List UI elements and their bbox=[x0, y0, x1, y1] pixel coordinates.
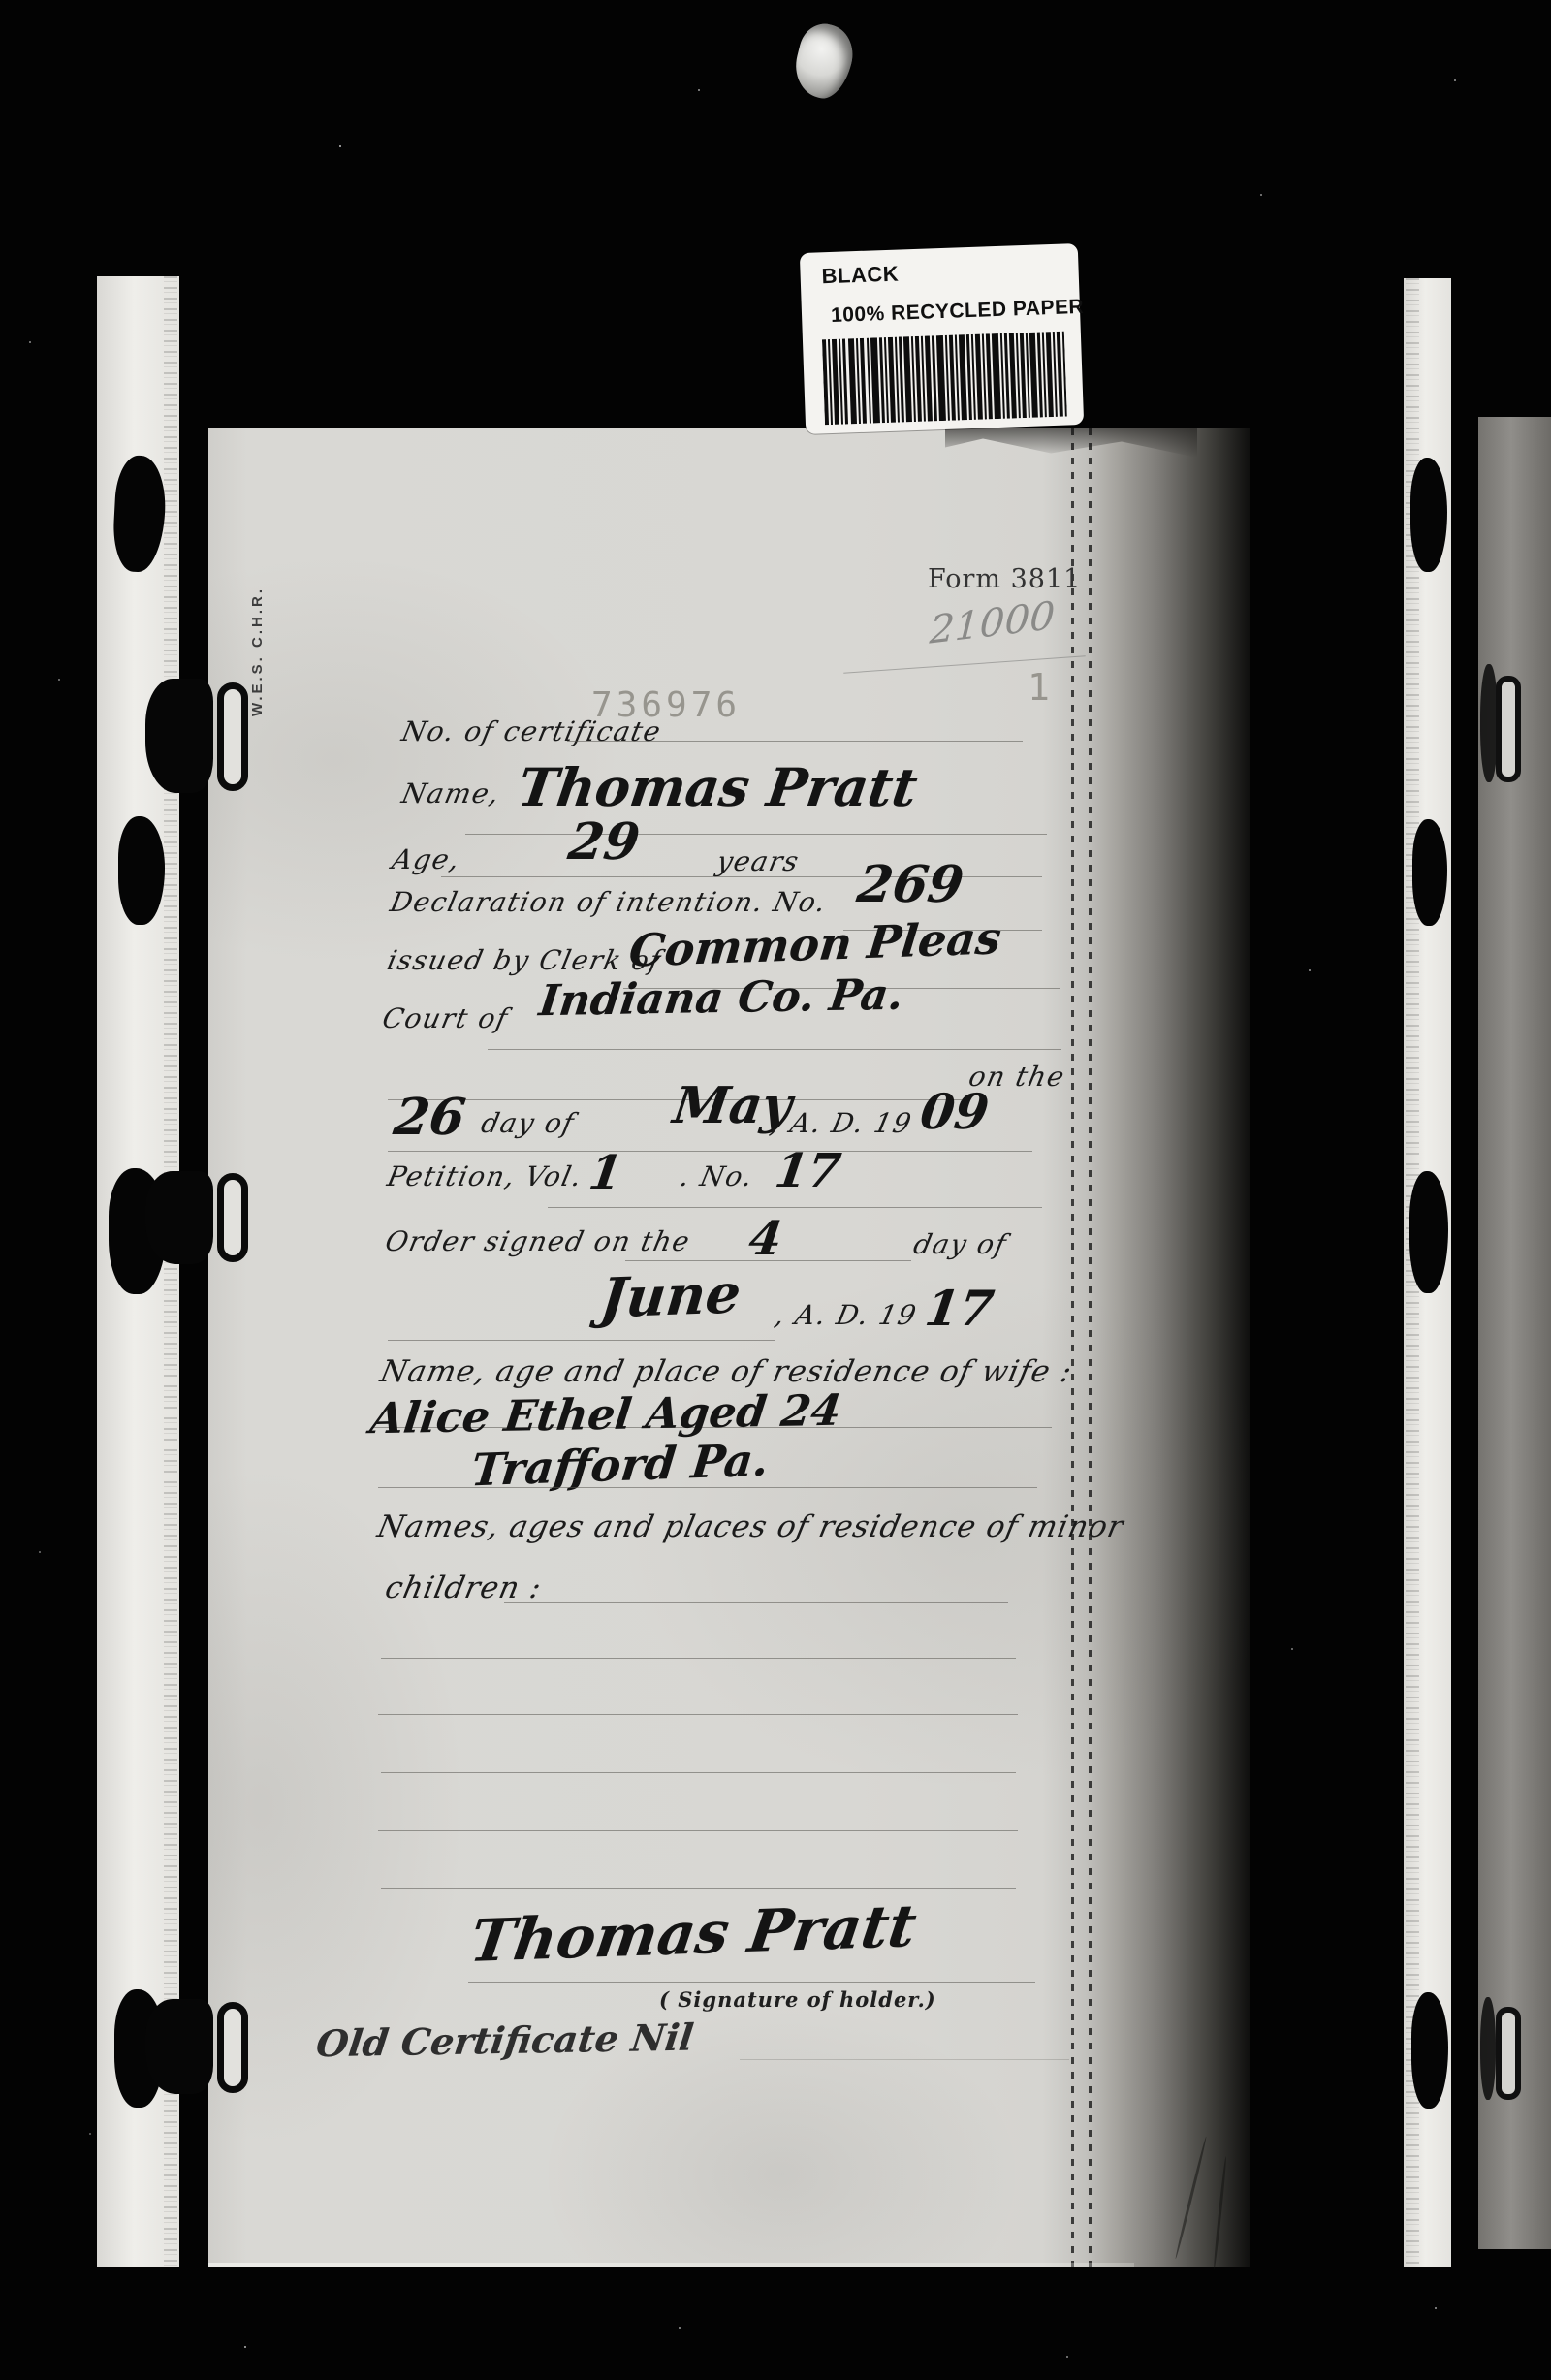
ruled-line bbox=[388, 1340, 775, 1341]
label-black-text: BLACK bbox=[821, 262, 899, 290]
grommet-shadow bbox=[145, 679, 213, 793]
certificate-label: No. of certificate bbox=[398, 715, 664, 747]
petition-no-label: . No. bbox=[677, 1160, 756, 1192]
ruled-line bbox=[465, 834, 1047, 835]
page-number-stamp: 1 bbox=[1028, 666, 1050, 709]
order-year-value: 17 bbox=[922, 1280, 997, 1337]
order-signed-label: Order signed on the bbox=[382, 1225, 693, 1257]
age-value: 29 bbox=[565, 812, 644, 872]
order-day-of-label: day of bbox=[910, 1228, 1010, 1260]
clerk-annotation: Old Certificate Nil bbox=[314, 2015, 696, 2066]
grommet bbox=[217, 2002, 248, 2093]
page-edge-stamp: W.E.S. C.H.R. bbox=[249, 574, 278, 729]
ruled-line bbox=[567, 741, 1023, 742]
right-binding-strip bbox=[1404, 278, 1451, 2267]
order-day-value: 4 bbox=[745, 1212, 785, 1266]
microfilm-frame: W.E.S. C.H.R. Form 3811 21000 1 736976 N… bbox=[0, 0, 1551, 2380]
paper-debris-blob bbox=[789, 18, 860, 103]
issued-by-label: issued by Clerk of bbox=[384, 944, 664, 976]
order-month-value: June bbox=[597, 1262, 744, 1331]
holder-signature: Thomas Pratt bbox=[466, 1892, 921, 1976]
page-crease bbox=[1213, 2156, 1227, 2270]
strip-speckle-edge bbox=[164, 276, 177, 2267]
ruled-line bbox=[381, 1888, 1016, 1889]
declaration-no-value: 269 bbox=[854, 855, 967, 914]
year-value: 09 bbox=[917, 1083, 993, 1140]
issued-by-value: Common Pleas bbox=[626, 911, 1003, 976]
wife-value: Alice Ethel Aged 24 bbox=[367, 1386, 843, 1444]
document-page: W.E.S. C.H.R. Form 3811 21000 1 736976 N… bbox=[208, 428, 1250, 2267]
ruled-line bbox=[625, 1260, 911, 1261]
ruled-line bbox=[388, 1151, 1032, 1152]
ruled-line bbox=[548, 1207, 1042, 1208]
barcode bbox=[822, 332, 1067, 426]
age-label: Age, bbox=[389, 843, 463, 875]
film-processing-label: BLACK 100% RECYCLED PAPER bbox=[800, 243, 1084, 434]
order-ad-label: , A. D. 19 bbox=[772, 1299, 920, 1331]
ruled-line bbox=[378, 1830, 1018, 1831]
ruled-line bbox=[378, 1487, 1037, 1488]
ruled-line bbox=[504, 1602, 1008, 1603]
page-crease bbox=[1174, 2137, 1207, 2260]
signature-caption: ( Signature of holder.) bbox=[659, 1987, 936, 2012]
petition-no-value: 17 bbox=[772, 1144, 844, 1198]
children-label-line2: children : bbox=[382, 1571, 545, 1605]
court-label: Court of bbox=[379, 1002, 511, 1034]
pencil-number: 21000 bbox=[929, 593, 1056, 652]
ad-label: , A. D. 19 bbox=[767, 1107, 915, 1139]
binder-post-blob bbox=[1411, 1992, 1448, 2109]
facing-page-edge bbox=[1478, 417, 1551, 2249]
signature-line bbox=[468, 1982, 1035, 1983]
petition-vol-value: 1 bbox=[586, 1146, 625, 1200]
grommet bbox=[217, 682, 248, 791]
ruled-line bbox=[381, 1658, 1016, 1659]
grommet bbox=[1496, 2007, 1521, 2100]
petition-label: Petition, Vol. bbox=[384, 1160, 586, 1192]
form-number: Form 3811 bbox=[928, 564, 1081, 594]
name-value: Thomas Pratt bbox=[515, 756, 922, 818]
wife-label: Name, age and place of residence of wife… bbox=[377, 1354, 1075, 1389]
film-specks bbox=[0, 0, 2, 2]
grommet-shadow bbox=[145, 1999, 213, 2094]
children-label-line1: Names, ages and places of residence of m… bbox=[374, 1509, 1126, 1544]
binder-post-blob bbox=[1412, 819, 1447, 926]
ruled-line bbox=[740, 2059, 1069, 2060]
binder-post-blob bbox=[1410, 458, 1447, 572]
stitch-line bbox=[1089, 428, 1092, 2267]
ruled-line bbox=[488, 1049, 1061, 1050]
grommet bbox=[1496, 676, 1521, 782]
years-label: years bbox=[713, 845, 802, 877]
grommet-shadow bbox=[145, 1171, 213, 1264]
ruled-line bbox=[381, 1772, 1016, 1773]
declaration-label: Declaration of intention. No. bbox=[387, 886, 830, 918]
day-of-label: day of bbox=[478, 1107, 578, 1139]
grommet-smudge bbox=[1480, 1997, 1496, 2100]
ruled-line bbox=[378, 1714, 1018, 1715]
grommet bbox=[217, 1173, 248, 1262]
court-value: Indiana Co. Pa. bbox=[536, 970, 905, 1027]
stitch-line bbox=[1071, 428, 1074, 2267]
name-label: Name, bbox=[398, 777, 503, 809]
binder-post-blob bbox=[118, 816, 165, 925]
label-recycled-text: 100% RECYCLED PAPER bbox=[831, 296, 1085, 328]
left-binding-strip bbox=[97, 276, 179, 2267]
day-value: 26 bbox=[391, 1088, 469, 1147]
binder-post-blob bbox=[111, 455, 168, 574]
binder-post-blob bbox=[1409, 1171, 1448, 1293]
